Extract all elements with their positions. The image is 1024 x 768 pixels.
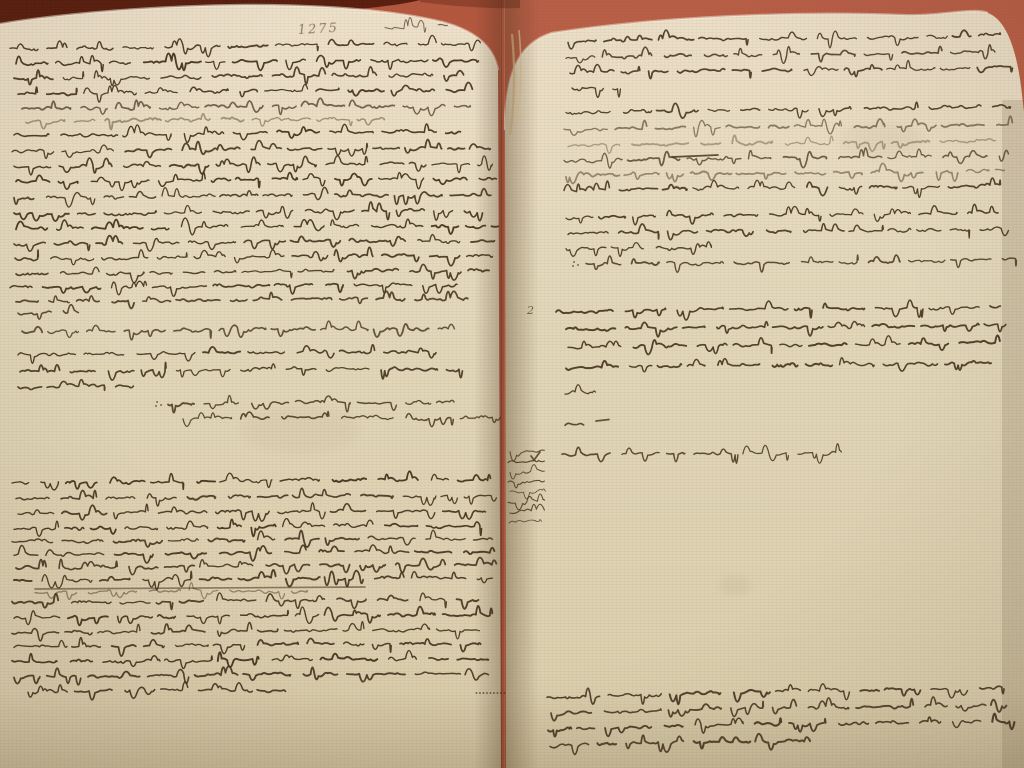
right-page: [505, 11, 1024, 768]
handwritten-word: [415, 551, 452, 553]
folio-number: 1275: [297, 21, 339, 38]
paper-stain: [719, 575, 751, 595]
bottom-shade: [0, 690, 1024, 768]
manuscript-photo: 1275 2: [0, 0, 1024, 768]
marginal-numeral: 2: [526, 304, 534, 317]
paper-stain: [240, 406, 360, 454]
paper-stain: [838, 122, 922, 158]
manuscript-scene: 1275 2: [0, 0, 1024, 768]
gutter-shadow-right: [505, 0, 539, 768]
handwritten-word: [492, 226, 499, 227]
photo-seam: [501, 0, 504, 768]
right-edge-shade: [1002, 100, 1024, 768]
gutter-shadow-left: [474, 0, 502, 768]
